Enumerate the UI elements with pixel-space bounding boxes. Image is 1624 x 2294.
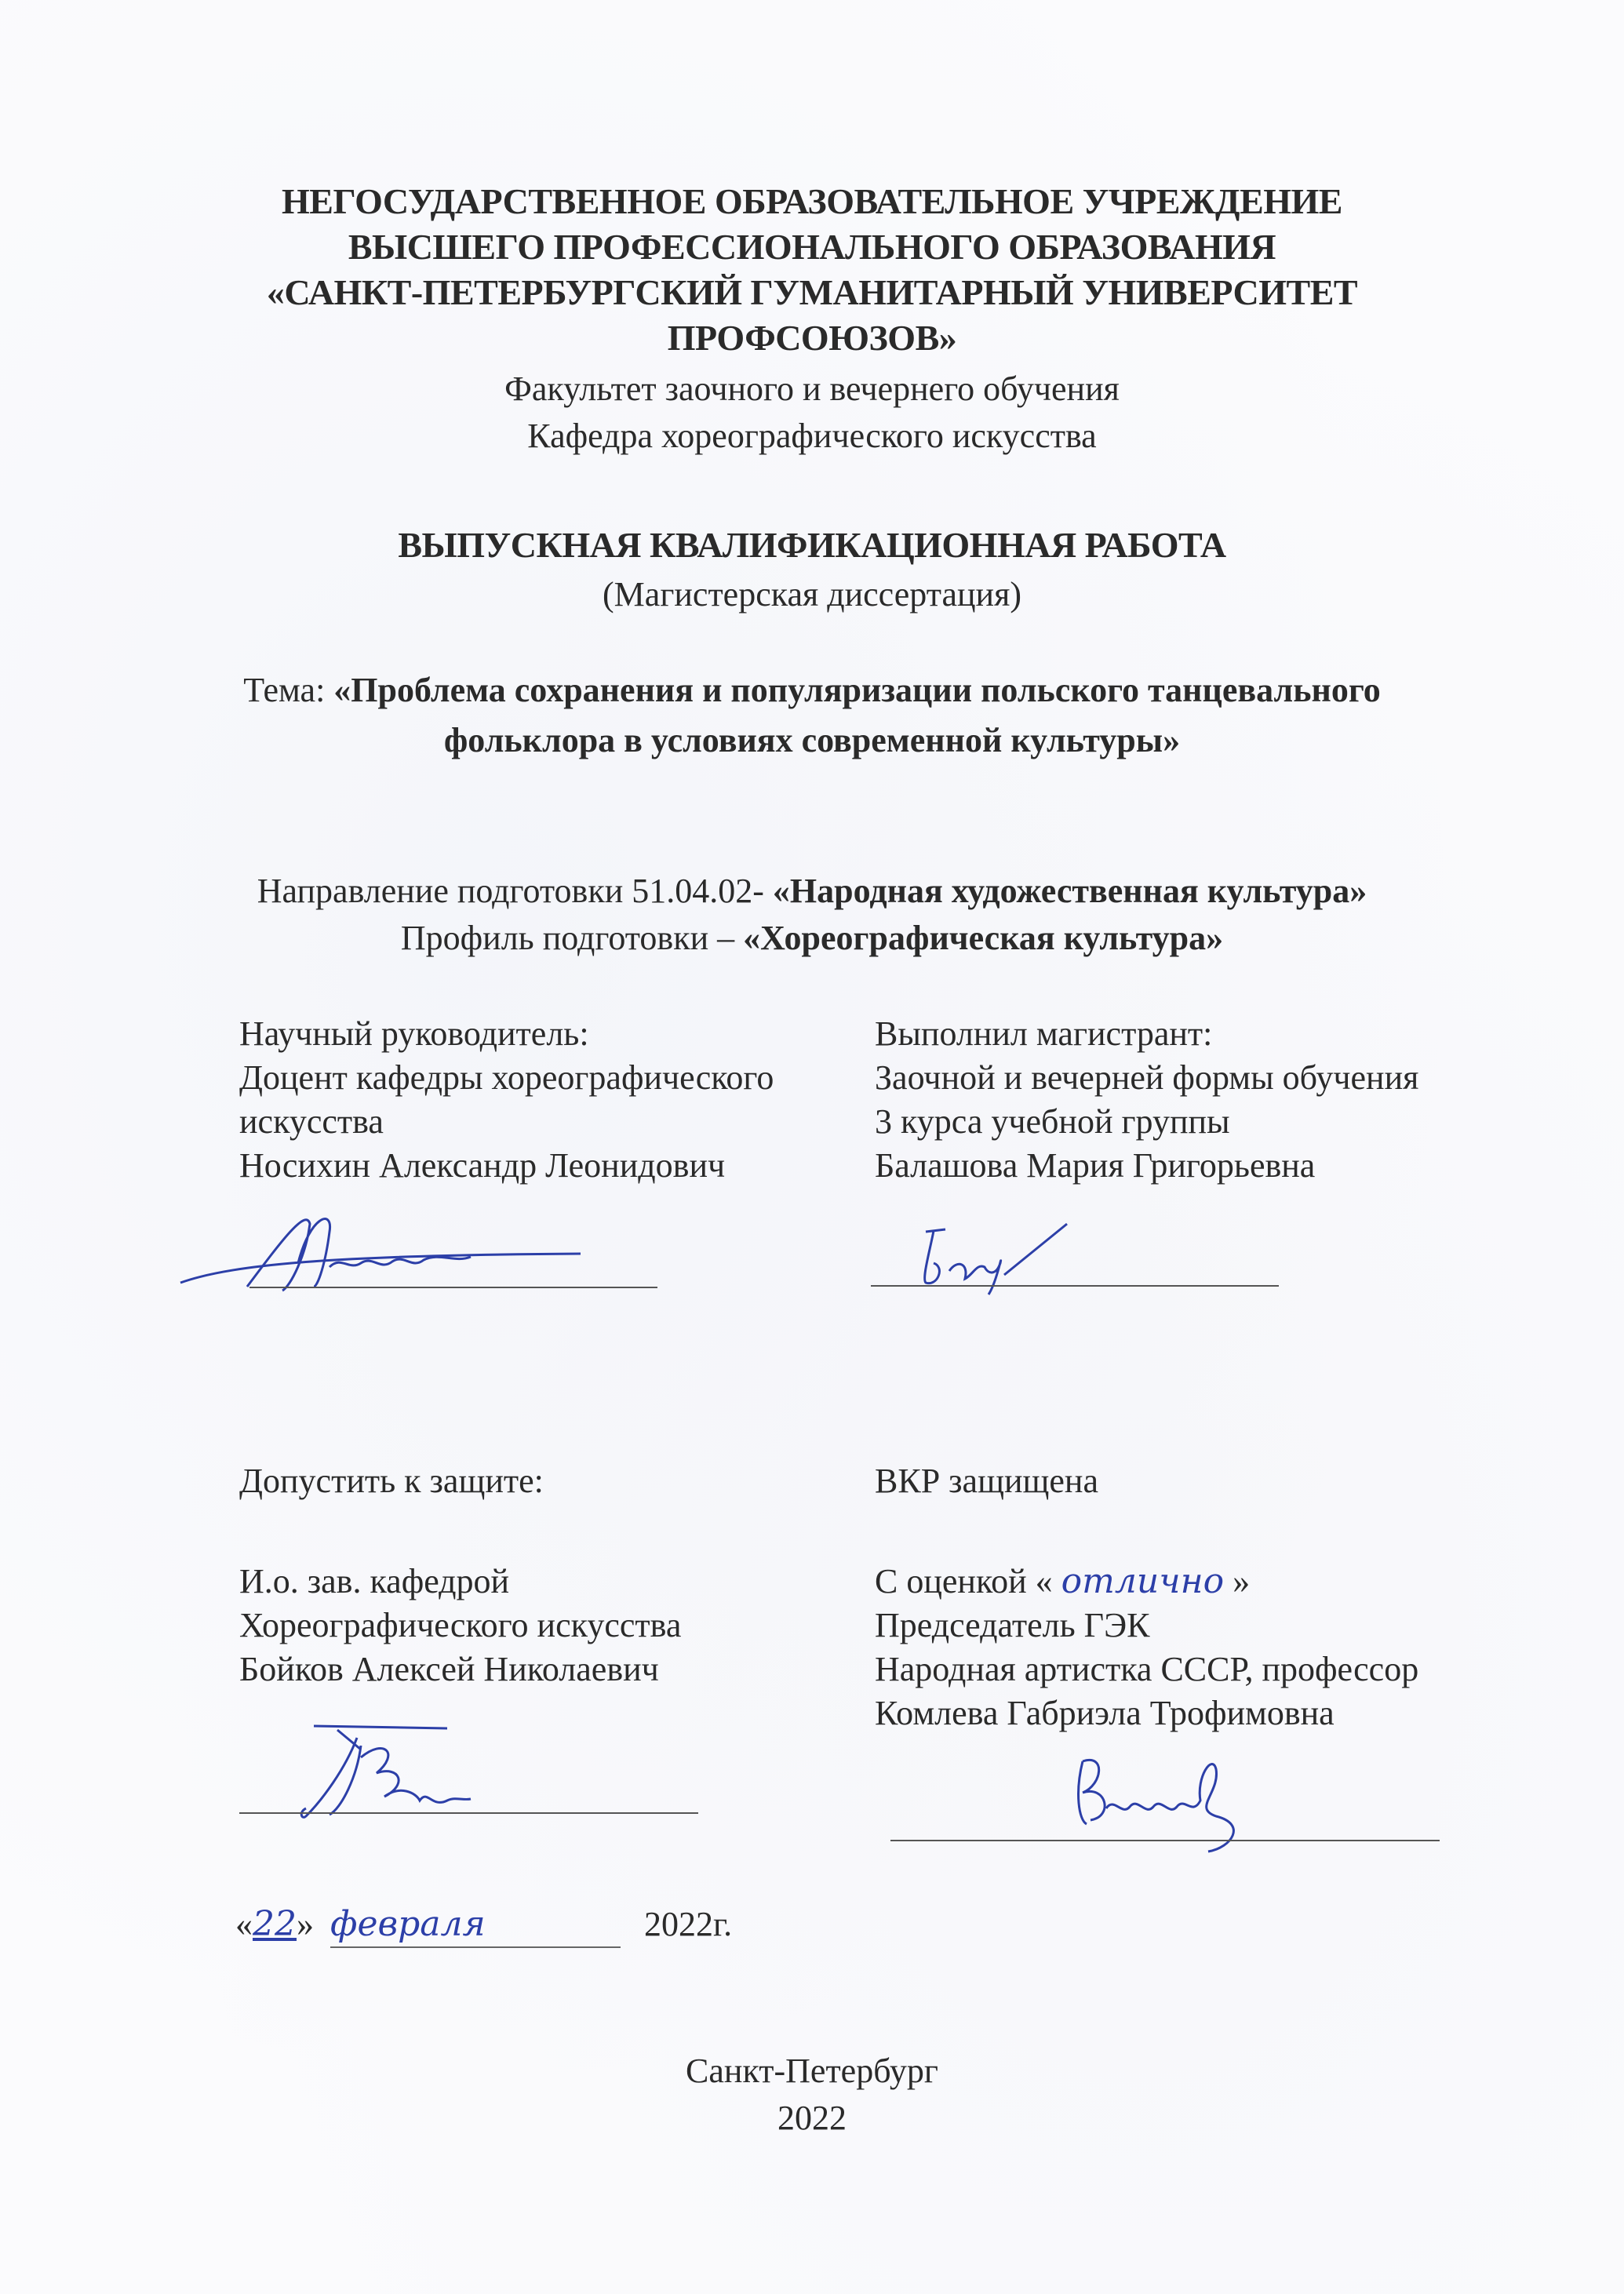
institution-line: ПРОФСОЮЗОВ» bbox=[0, 315, 1624, 361]
supervisor-position: Доцент кафедры хореографического bbox=[239, 1056, 774, 1100]
faculty-name: Факультет заочного и вечернего обучения bbox=[0, 367, 1624, 411]
supervisor-position-cont: искусства bbox=[239, 1100, 774, 1144]
city: Санкт-Петербург bbox=[0, 2049, 1624, 2093]
chair-signature bbox=[1059, 1746, 1263, 1855]
grade-prefix: С оценкой « bbox=[875, 1562, 1061, 1600]
date-close-quote: » bbox=[297, 1905, 314, 1943]
direction-value: «Народная художественная культура» bbox=[773, 872, 1367, 910]
grade-value: отлично bbox=[1061, 1561, 1224, 1601]
direction-label: Направление подготовки 51.04.02- bbox=[257, 872, 773, 910]
profile-label: Профиль подготовки – bbox=[401, 919, 743, 957]
work-subtype: (Магистерская диссертация) bbox=[0, 573, 1624, 617]
date-month: февраля bbox=[330, 1903, 621, 1948]
chair-signature-line bbox=[890, 1840, 1440, 1841]
institution-line: ВЫСШЕГО ПРОФЕССИОНАЛЬНОГО ОБРАЗОВАНИЯ bbox=[0, 224, 1624, 270]
topic-line-1: Тема: «Проблема сохранения и популяризац… bbox=[0, 668, 1624, 712]
student-signature-line bbox=[871, 1285, 1279, 1287]
profile-value: «Хореографическая культура» bbox=[743, 919, 1223, 957]
institution-name: НЕГОСУДАРСТВЕННОЕ ОБРАЗОВАТЕЛЬНОЕ УЧРЕЖД… bbox=[0, 179, 1624, 361]
topic-label: Тема: bbox=[243, 671, 333, 709]
student-form: Заочной и вечерней формы обучения bbox=[875, 1056, 1418, 1100]
institution-line: НЕГОСУДАРСТВЕННОЕ ОБРАЗОВАТЕЛЬНОЕ УЧРЕЖД… bbox=[0, 179, 1624, 224]
student-label: Выполнил магистрант: bbox=[875, 1012, 1418, 1056]
head-signature bbox=[282, 1722, 486, 1824]
admission-title: Допустить к защите: bbox=[239, 1459, 544, 1503]
grade-suffix: » bbox=[1224, 1562, 1250, 1600]
footer-year: 2022 bbox=[0, 2096, 1624, 2140]
chair-name: Комлева Габриэла Трофимовна bbox=[875, 1691, 1418, 1735]
admission-title-text: Допустить к защите: bbox=[239, 1459, 544, 1503]
direction-line: Направление подготовки 51.04.02- «Народн… bbox=[0, 869, 1624, 913]
admission-date: «22» февраля2022г. bbox=[235, 1903, 732, 1948]
topic-title-part-2: фольклора в условиях современной культур… bbox=[0, 719, 1624, 763]
chair-rank: Народная артистка СССР, профессор bbox=[875, 1648, 1418, 1691]
supervisor-block: Научный руководитель: Доцент кафедры хор… bbox=[239, 1012, 774, 1188]
head-signature-line bbox=[239, 1812, 698, 1814]
defense-title: ВКР защищена bbox=[875, 1459, 1098, 1503]
scanned-page: НЕГОСУДАРСТВЕННОЕ ОБРАЗОВАТЕЛЬНОЕ УЧРЕЖД… bbox=[0, 0, 1624, 2294]
institution-line: «САНКТ-ПЕТЕРБУРГСКИЙ ГУМАНИТАРНЫЙ УНИВЕР… bbox=[0, 270, 1624, 315]
department-name: Кафедра хореографического искусства bbox=[0, 414, 1624, 458]
date-year: 2022г. bbox=[644, 1905, 732, 1943]
supervisor-label: Научный руководитель: bbox=[239, 1012, 774, 1056]
head-position: И.о. зав. кафедрой bbox=[239, 1560, 681, 1604]
student-course: 3 курса учебной группы bbox=[875, 1100, 1418, 1144]
head-department: Хореографического искусства bbox=[239, 1604, 681, 1648]
defense-block: С оценкой « отлично » Председатель ГЭК Н… bbox=[875, 1560, 1418, 1735]
head-name: Бойков Алексей Николаевич bbox=[239, 1648, 681, 1691]
student-signature bbox=[910, 1220, 1098, 1298]
defense-title-text: ВКР защищена bbox=[875, 1459, 1098, 1503]
supervisor-signature bbox=[173, 1208, 612, 1302]
supervisor-signature-line bbox=[249, 1287, 657, 1288]
supervisor-name: Носихин Александр Леонидович bbox=[239, 1144, 774, 1188]
profile-line: Профиль подготовки – «Хореографическая к… bbox=[0, 916, 1624, 960]
chair-title: Председатель ГЭК bbox=[875, 1604, 1418, 1648]
admission-block: И.о. зав. кафедрой Хореографического иск… bbox=[239, 1560, 681, 1691]
grade-line: С оценкой « отлично » bbox=[875, 1560, 1418, 1604]
date-open-quote: « bbox=[235, 1905, 253, 1943]
date-day: 22 bbox=[253, 1904, 297, 1944]
student-name: Балашова Мария Григорьевна bbox=[875, 1144, 1418, 1188]
work-type-title: ВЫПУСКНАЯ КВАЛИФИКАЦИОННАЯ РАБОТА bbox=[0, 523, 1624, 568]
topic-title-part-1: «Проблема сохранения и популяризации пол… bbox=[333, 671, 1380, 709]
student-block: Выполнил магистрант: Заочной и вечерней … bbox=[875, 1012, 1418, 1188]
